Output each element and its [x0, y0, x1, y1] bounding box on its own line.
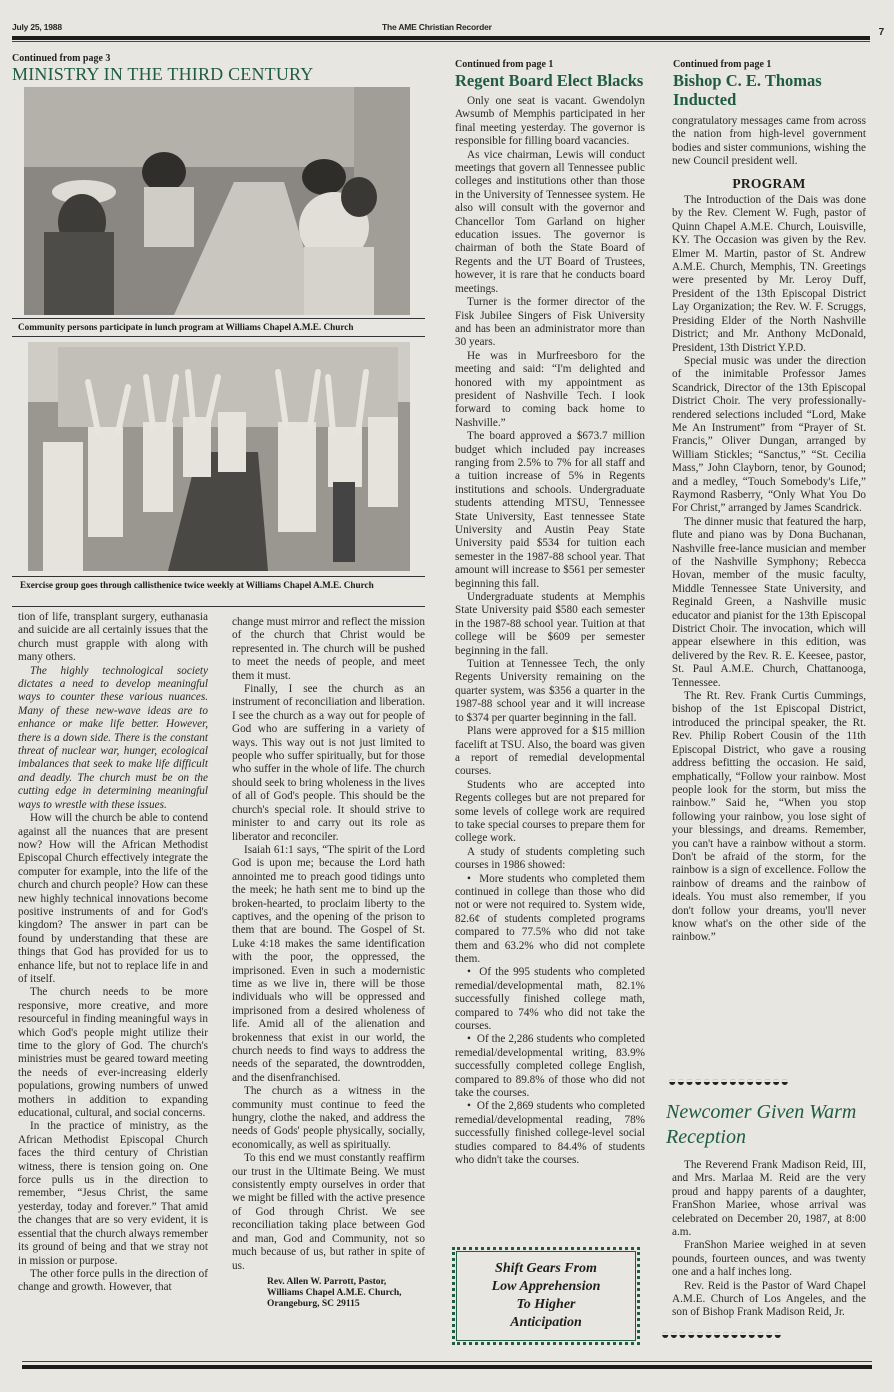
bullet-icon: • [467, 1033, 477, 1045]
page-number: 7 [879, 27, 884, 38]
quote-line: Anticipation [492, 1314, 601, 1332]
paragraph: The other force pulls in the direction o… [18, 1268, 208, 1295]
bullet-icon: • [467, 966, 479, 978]
paragraph: Turner is the former director of the Fis… [455, 296, 645, 350]
caption-rule [12, 318, 425, 319]
paragraph: The dinner music that featured the harp,… [672, 516, 866, 690]
regent-headline: Regent Board Elect Blacks [455, 71, 643, 91]
paragraph: FranShon Mariee weighed in at seven poun… [672, 1239, 866, 1279]
masthead-rule-thin [12, 41, 870, 42]
signature-line: Rev. Allen W. Parrott, Pastor, [267, 1277, 425, 1288]
paragraph: The highly technological society dictate… [18, 665, 208, 812]
paragraph: The Introduction of the Dais was done by… [672, 194, 866, 355]
signature-line: Williams Chapel A.M.E. Church, [267, 1288, 425, 1299]
paragraph: In the practice of ministry, as the Afri… [18, 1120, 208, 1267]
newcomer-headline: Newcomer Given Warm Reception [666, 1100, 876, 1150]
bishop-kicker: Continued from page 1 [673, 59, 771, 70]
exercise-group-photo [28, 342, 410, 571]
publication-name: The AME Christian Recorder [382, 22, 492, 32]
photo-placeholder-icon [28, 342, 410, 571]
paragraph: The church needs to be more responsive, … [18, 986, 208, 1120]
bullet-item: • More students who completed them conti… [455, 873, 645, 967]
lunch-program-photo [24, 87, 410, 315]
paragraph: He was in Murfreesboro for the meeting a… [455, 350, 645, 430]
dingbat-divider-icon: ◒◒◒◒◒◒◒◒◒◒◒◒◒◒ [661, 1328, 782, 1344]
paragraph: change must mirror and reflect the missi… [232, 616, 425, 683]
photo-placeholder-icon [24, 87, 410, 315]
ministry-kicker: Continued from page 3 [12, 53, 110, 64]
paragraph: How will the church be able to contend a… [18, 812, 208, 986]
paragraph: As vice chairman, Lewis will conduct mee… [455, 149, 645, 296]
paragraph: Undergraduate students at Memphis State … [455, 591, 645, 658]
paragraph: congratulatory messages came from across… [672, 115, 866, 169]
photo1-caption: Community persons participate in lunch p… [18, 322, 418, 333]
regent-kicker: Continued from page 1 [455, 59, 553, 70]
paragraph: The Reverend Frank Madison Reid, III, an… [672, 1159, 866, 1239]
bullet-item: • Of the 995 students who completed reme… [455, 966, 645, 1033]
newspaper-page: July 25, 1988 The AME Christian Recorder… [0, 0, 894, 1392]
paragraph: Isaiah 61:1 says, “The spirit of the Lor… [232, 844, 425, 1085]
paragraph: The board approved a $673.7 million budg… [455, 430, 645, 591]
paragraph: Only one seat is vacant. Gwendolyn Awsum… [455, 95, 645, 149]
paragraph: A study of students completing such cour… [455, 846, 645, 873]
dingbat-divider-icon: ◒◒◒◒◒◒◒◒◒◒◒◒◒◒ [668, 1075, 789, 1091]
paragraph: tion of life, transplant surgery, euthan… [18, 611, 208, 665]
bullet-icon: • [467, 873, 479, 885]
bishop-article-body: congratulatory messages came from across… [672, 115, 866, 945]
paragraph: The church as a witness in the community… [232, 1085, 425, 1152]
bishop-headline: Bishop C. E. Thomas Inducted [673, 71, 873, 109]
issue-date: July 25, 1988 [12, 22, 62, 32]
ministry-column-1: tion of life, transplant surgery, euthan… [18, 611, 208, 1295]
footer-rule [22, 1365, 872, 1369]
footer-rule-thin [22, 1361, 872, 1362]
quote-line: To Higher [492, 1296, 601, 1314]
paragraph: Tuition at Tennessee Tech, the only Rege… [455, 658, 645, 725]
program-subhead: PROGRAM [672, 177, 866, 190]
regent-article-body: Only one seat is vacant. Gwendolyn Awsum… [455, 95, 645, 1168]
caption-rule [12, 576, 425, 577]
paragraph: The Rt. Rev. Frank Curtis Cummings, bish… [672, 690, 866, 945]
pull-quote-text: Shift Gears From Low Apprehension To Hig… [492, 1260, 601, 1332]
paragraph: Plans were approved for a $15 million fa… [455, 725, 645, 779]
bullet-icon: • [467, 1100, 477, 1112]
ministry-column-2: change must mirror and reflect the missi… [232, 616, 425, 1310]
quote-line: Low Apprehension [492, 1278, 601, 1296]
paragraph: Special music was under the direction of… [672, 355, 866, 516]
signature-line: Orangeburg, SC 29115 [267, 1299, 425, 1310]
ministry-headline: MINISTRY IN THE THIRD CENTURY [12, 64, 313, 85]
bullet-item: • Of the 2,286 students who completed re… [455, 1033, 645, 1100]
bullet-item: • Of the 2,869 students who completed re… [455, 1100, 645, 1167]
paragraph: Students who are accepted into Regents c… [455, 779, 645, 846]
photo2-caption: Exercise group goes through callisthenic… [20, 580, 424, 591]
masthead-rule [12, 36, 870, 40]
author-signature: Rev. Allen W. Parrott, Pastor, Williams … [267, 1277, 425, 1310]
newcomer-article-body: The Reverend Frank Madison Reid, III, an… [672, 1159, 866, 1320]
quote-line: Shift Gears From [492, 1260, 601, 1278]
pull-quote-box: Shift Gears From Low Apprehension To Hig… [452, 1247, 640, 1345]
caption-rule [12, 336, 425, 337]
paragraph: Rev. Reid is the Pastor of Ward Chapel A… [672, 1280, 866, 1320]
paragraph: Finally, I see the church as an instrume… [232, 683, 425, 844]
caption-rule [12, 606, 425, 607]
paragraph: To this end we must constantly reaffirm … [232, 1152, 425, 1273]
